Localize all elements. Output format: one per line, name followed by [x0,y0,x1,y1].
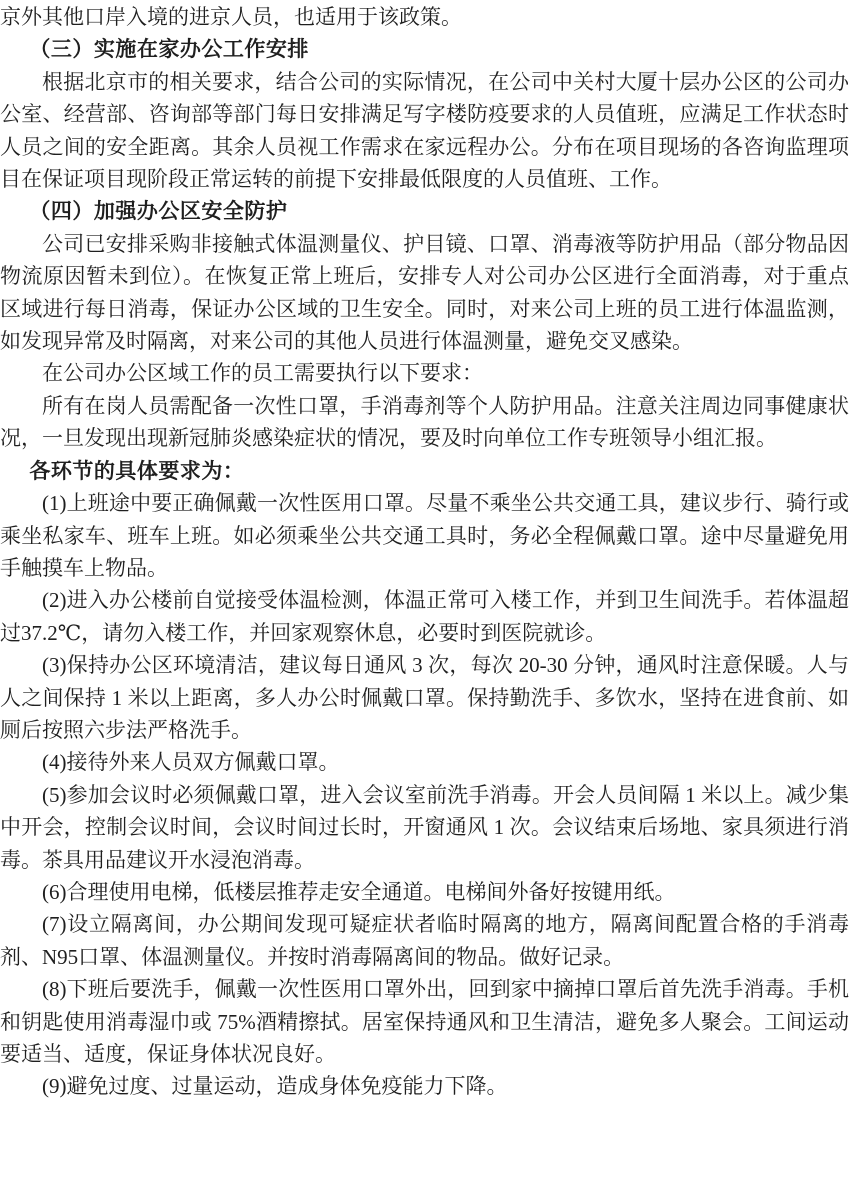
paragraph: 公司已安排采购非接触式体温测量仪、护目镜、口罩、消毒液等防护用品（部分物品因物流… [0,228,849,358]
paragraph: (2)进入办公楼前自觉接受体温检测，体温正常可入楼工作，并到卫生间洗手。若体温超… [0,584,849,649]
section-heading: （三）实施在家办公工作安排 [0,33,849,65]
section-heading: 各环节的具体要求为： [0,455,849,487]
paragraph: 根据北京市的相关要求，结合公司的实际情况，在公司中关村大厦十层办公区的公司办公室… [0,66,849,196]
paragraph: (4)接待外来人员双方佩戴口罩。 [0,746,849,778]
paragraph: 所有在岗人员需配备一次性口罩，手消毒剂等个人防护用品。注意关注周边同事健康状况，… [0,390,849,455]
document-page: 京外其他口岸入境的进京人员，也适用于该政策。（三）实施在家办公工作安排根据北京市… [0,0,849,1200]
paragraph: (6)合理使用电梯，低楼层推荐走安全通道。电梯间外备好按键用纸。 [0,876,849,908]
paragraph-continuation: 京外其他口岸入境的进京人员，也适用于该政策。 [0,1,849,33]
paragraph: 在公司办公区域工作的员工需要执行以下要求： [0,357,849,389]
paragraph: (5)参加会议时必须佩戴口罩，进入会议室前洗手消毒。开会人员间隔 1 米以上。减… [0,779,849,876]
section-heading: （四）加强办公区安全防护 [0,195,849,227]
paragraph: (9)避免过度、过量运动，造成身体免疫能力下降。 [0,1070,849,1102]
paragraph: (8)下班后要洗手，佩戴一次性医用口罩外出，回到家中摘掉口罩后首先洗手消毒。手机… [0,973,849,1070]
paragraph: (7)设立隔离间，办公期间发现可疑症状者临时隔离的地方，隔离间配置合格的手消毒剂… [0,908,849,973]
paragraph: (1)上班途中要正确佩戴一次性医用口罩。尽量不乘坐公共交通工具，建议步行、骑行或… [0,487,849,584]
document-body: 京外其他口岸入境的进京人员，也适用于该政策。（三）实施在家办公工作安排根据北京市… [0,0,849,1103]
paragraph: (3)保持办公区环境清洁，建议每日通风 3 次，每次 20-30 分钟，通风时注… [0,649,849,746]
